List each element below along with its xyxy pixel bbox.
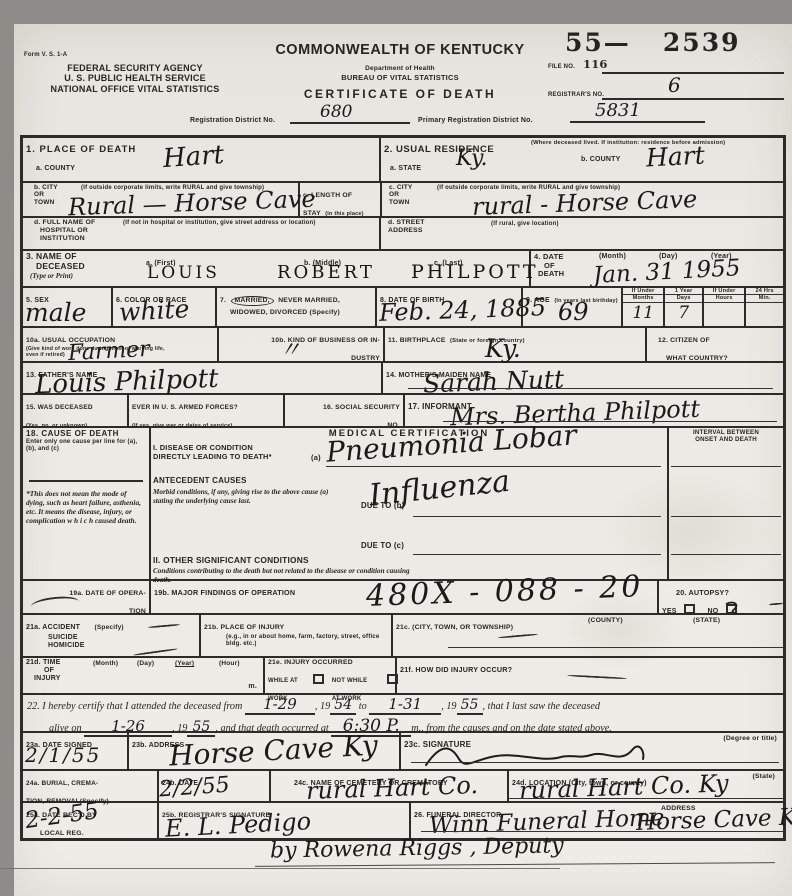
field-registrar-signature: 25b. REGISTRAR'S SIGNATURE E. L. Pedigo bbox=[159, 803, 411, 838]
cert-text: to bbox=[359, 701, 367, 712]
date-of-death-value: Jan. 31 1955 bbox=[592, 257, 740, 288]
physician-signature-scrawl bbox=[421, 741, 651, 771]
primary-district-line bbox=[570, 105, 705, 123]
injury-location-line bbox=[448, 647, 783, 648]
cause-title: 18. CAUSE OF DEATH bbox=[26, 429, 146, 438]
registrar-signature-value: E. L. Pedigo bbox=[164, 809, 311, 841]
title-block: COMMONWEALTH OF KENTUCKY Department of H… bbox=[255, 42, 545, 102]
field-cause-of-death-sidebar: 18. CAUSE OF DEATH Enter only one cause … bbox=[23, 428, 151, 579]
field-citizen-of: 12. CITIZEN OF WHAT COUNTRY? bbox=[647, 328, 783, 361]
reg-district-label: Registration District No. bbox=[190, 117, 275, 125]
marital-label: NEVER MARRIED, bbox=[278, 297, 340, 304]
cert-from-value: 1-29 bbox=[263, 695, 297, 713]
injury-city-label: 21c. (CITY, TOWN, OR TOWNSHIP) bbox=[396, 624, 513, 631]
date-of-death-label: 4. DATE OF DEATH bbox=[534, 253, 564, 279]
field-autopsy: 20. AUTOPSY? YES NO bbox=[659, 581, 783, 613]
handwritten-dash bbox=[769, 602, 783, 605]
field-street-address: d. STREET ADDRESS (If rural, give locati… bbox=[381, 218, 783, 249]
occupation-value: Farmer bbox=[67, 339, 150, 365]
age-col-subheader: Min. bbox=[746, 295, 783, 302]
file-no-label: FILE NO. bbox=[548, 64, 575, 71]
cert-text: , 19 bbox=[315, 701, 330, 712]
injury-county-label: (COUNTY) bbox=[588, 617, 623, 625]
name-title: DECEASED bbox=[36, 262, 140, 272]
date-signed-value: 2/1/55 bbox=[25, 745, 101, 765]
interval-line-a bbox=[671, 466, 781, 467]
middle-name-value: ROBERT bbox=[277, 264, 375, 282]
cert-to-value: 1-31 bbox=[388, 695, 422, 713]
while-at-work-label: WHILE AT bbox=[268, 678, 298, 684]
due-c-line bbox=[413, 554, 661, 555]
autopsy-yes-checkbox bbox=[684, 604, 695, 614]
length-of-stay-note: (in this place) bbox=[325, 211, 363, 217]
field-age: 9. AGE (In years last birthday) 69 bbox=[523, 288, 623, 326]
autopsy-label: 20. AUTOPSY? bbox=[676, 588, 729, 597]
residence-state-value: Ky. bbox=[456, 148, 488, 170]
registrar-no-line bbox=[602, 82, 784, 100]
cert-text: , 19 bbox=[441, 701, 456, 712]
burial-state-label: (State) bbox=[752, 773, 775, 781]
birthplace-value: Ky. bbox=[485, 336, 521, 361]
field-date-of-birth: 8. DATE OF BIRTH Feb. 24, 1885 bbox=[377, 288, 523, 326]
residence-county-value: Hart bbox=[645, 142, 705, 170]
autopsy-yes-label: YES bbox=[662, 608, 677, 615]
residence-county-label: b. COUNTY bbox=[581, 156, 621, 164]
injury-day-label: (Day) bbox=[137, 660, 154, 667]
suicide-label: SUICIDE bbox=[48, 634, 196, 642]
field-burial-date: 24b. DATE 2/2/55 bbox=[159, 771, 271, 801]
injury-month-label: (Month) bbox=[93, 660, 118, 667]
age-months-col: If Under Months 11 bbox=[623, 288, 665, 326]
age-col-header: If Under bbox=[704, 288, 744, 295]
street-note: (If rural, give location) bbox=[491, 221, 559, 228]
marital-married-circled: MARRIED, bbox=[231, 296, 274, 306]
operation-label2: TION bbox=[129, 608, 146, 615]
cause-note2: *This does not mean the mode of dying, s… bbox=[26, 490, 146, 526]
dod-label: DEATH bbox=[538, 270, 564, 279]
disease-label-2: DIRECTLY LEADING TO DEATH* bbox=[153, 453, 272, 462]
armed-forces-label: EVER IN U. S. ARMED FORCES? bbox=[132, 404, 238, 411]
hospital-note: (If not in hospital or institution, give… bbox=[123, 220, 353, 227]
mother-value-line bbox=[408, 388, 773, 389]
degree-title-label: (Degree or title) bbox=[723, 735, 777, 743]
field-injury-location: 21c. (CITY, TOWN, OR TOWNSHIP) (COUNTY) … bbox=[393, 615, 783, 656]
field-mother-maiden-name: 14. MOTHER'S MAIDEN NAME Sarah Nutt bbox=[383, 363, 783, 393]
not-while-label: NOT WHILE bbox=[332, 678, 367, 684]
father-value: Louis Philpott bbox=[35, 366, 219, 398]
field-place-of-death-county: 1. PLACE OF DEATH a. COUNTY Hart bbox=[23, 138, 381, 181]
injury-occurred-label: 21e. INJURY OCCURRED bbox=[268, 659, 392, 667]
field-accident-suicide-homicide: 21a. ACCIDENT (Specify) SUICIDE HOMICIDE bbox=[23, 615, 201, 656]
operation-label: 19a. DATE OF OPERA- bbox=[69, 590, 146, 597]
interval-line-b bbox=[671, 516, 781, 517]
age-value: 69 bbox=[558, 300, 589, 324]
age-col-header: 1 Year bbox=[665, 288, 702, 295]
primary-district-label: Primary Registration District No. bbox=[418, 117, 533, 125]
field-medical-certification: MEDICAL CERTIFICATION I. DISEASE OR COND… bbox=[151, 428, 669, 579]
certificate-form: 1. PLACE OF DEATH a. COUNTY Hart 2. USUA… bbox=[20, 135, 786, 841]
accident-label: 21a. ACCIDENT bbox=[26, 624, 80, 631]
age-days-value: 7 bbox=[665, 305, 702, 322]
funeral-line bbox=[421, 831, 783, 832]
field-informant: 17. INFORMANT Mrs. Bertha Philpott bbox=[405, 395, 783, 426]
cert-from-year: 54 bbox=[334, 697, 352, 713]
cert-text: 22. I hereby certify that I attended the… bbox=[27, 701, 242, 712]
field-city-or-town-death: b. CITY OR TOWN (If outside corporate li… bbox=[23, 183, 300, 216]
date-received-value: 2-2-55 bbox=[24, 800, 101, 833]
age-col-subheader: Hours bbox=[704, 295, 744, 302]
business-value: 〃 bbox=[279, 340, 301, 362]
race-value: white bbox=[118, 296, 190, 325]
agency-line: FEDERAL SECURITY AGENCY bbox=[20, 63, 250, 73]
disease-condition-label: I. DISEASE OR CONDITION DIRECTLY LEADING… bbox=[153, 444, 272, 461]
field-date-received: 25a. DATE REC'D BY LOCAL REG. 2-2-55 bbox=[23, 803, 159, 838]
age-months-value: 11 bbox=[623, 305, 663, 322]
handwritten-dash bbox=[148, 624, 180, 629]
due-to-c-label: DUE TO (c) bbox=[361, 542, 404, 551]
field-usual-residence: 2. USUAL RESIDENCE (Where deceased lived… bbox=[381, 138, 783, 181]
cert-text: , that I last saw the deceased bbox=[483, 701, 600, 712]
injury-hour-label: (Hour) bbox=[219, 660, 240, 667]
physician-address-value: Horse Cave Ky bbox=[168, 732, 378, 771]
street-label: d. STREET bbox=[388, 219, 780, 227]
findings-label: 19b. MAJOR FINDINGS OF OPERATION bbox=[154, 588, 295, 597]
other-conditions-title: II. OTHER SIGNIFICANT CONDITIONS bbox=[153, 556, 309, 566]
handwritten-curve-mark bbox=[30, 595, 79, 614]
age-label: 9. AGE bbox=[526, 297, 550, 304]
agency-block: FEDERAL SECURITY AGENCY U. S. PUBLIC HEA… bbox=[20, 63, 250, 94]
field-last-name: c. (Last) PHILPOTT bbox=[411, 251, 531, 286]
commonwealth-title: COMMONWEALTH OF KENTUCKY bbox=[255, 42, 545, 59]
cause-note1: Enter only one cause per line for (a), (… bbox=[26, 439, 146, 453]
reg-district-line bbox=[290, 106, 410, 124]
burial-location-line bbox=[509, 798, 783, 799]
field-social-security: 16. SOCIAL SECURITY NO. bbox=[285, 395, 405, 426]
field-city-or-town-residence: c. CITY OR TOWN (If outside corporate li… bbox=[382, 183, 783, 216]
interval-label-1: INTERVAL BETWEEN bbox=[672, 429, 780, 436]
interval-line-c bbox=[671, 554, 781, 555]
field-physician-address: 23b. ADDRESS Horse Cave Ky bbox=[129, 733, 401, 769]
business-label2: DUSTRY bbox=[351, 355, 380, 362]
deputy-signature-line: by Rowena Riggs , Deputy bbox=[270, 835, 564, 862]
field-physician-signature: 23c. SIGNATURE (Degree or title) bbox=[401, 733, 783, 769]
field-birthplace: 11. BIRTHPLACE (State or foreign country… bbox=[385, 328, 647, 361]
cause-divider bbox=[29, 480, 143, 482]
field-burial-cremation: 24a. BURIAL, CREMA- TION, REMOVAL(Specif… bbox=[23, 771, 159, 801]
time-injury-label3: INJURY bbox=[34, 675, 260, 683]
name-title-note: (Type or Print) bbox=[30, 272, 140, 280]
field-middle-name: b. (Middle) ROBERT bbox=[271, 251, 411, 286]
hospital-label: HOSPITAL OR bbox=[40, 227, 376, 235]
dept-of-health: Department of Health bbox=[255, 65, 545, 72]
field-armed-forces: EVER IN U. S. ARMED FORCES? (If yes, giv… bbox=[129, 395, 285, 426]
injury-m-label: m. bbox=[248, 683, 257, 691]
age-col-header: If Under bbox=[623, 288, 663, 295]
field-certification-statement: 22. I hereby certify that I attended the… bbox=[23, 695, 783, 733]
birthplace-label: 11. BIRTHPLACE bbox=[388, 337, 446, 344]
sex-value: male bbox=[25, 300, 86, 325]
autopsy-no-checkbox bbox=[726, 604, 737, 614]
burial-date-value: 2/2/55 bbox=[158, 775, 230, 802]
autopsy-no-label: NO bbox=[708, 608, 719, 615]
injury-year-label: (Year) bbox=[175, 660, 194, 667]
marital-label2: WIDOWED, DIVORCED (Specify) bbox=[230, 309, 372, 317]
residence-state-label: a. STATE bbox=[390, 165, 421, 172]
field-injury-occurred: 21e. INJURY OCCURRED WHILE AT WORK NOT W… bbox=[265, 658, 397, 693]
city-value-death: Rural — Horse Cave bbox=[68, 187, 316, 220]
how-injury-label: 21f. HOW DID INJURY OCCUR? bbox=[400, 665, 512, 674]
citizen-label2: WHAT COUNTRY? bbox=[666, 355, 728, 362]
antecedent-note: Morbid conditions, if any, giving rise t… bbox=[153, 488, 343, 505]
form-number: Form V. S. 1-A bbox=[24, 52, 67, 59]
field-cemetery-name: 24c. NAME OF CEMETERY OR CREMATORY rural… bbox=[271, 771, 509, 801]
age-col-subheader: Months bbox=[623, 295, 663, 302]
accident-note: (Specify) bbox=[95, 624, 124, 631]
marital-label: 7. bbox=[220, 297, 226, 304]
field-first-name: a. (First) LOUIS bbox=[143, 251, 271, 286]
agency-line: U. S. PUBLIC HEALTH SERVICE bbox=[20, 73, 250, 83]
age-col-subheader: Days bbox=[665, 295, 702, 302]
place-injury-label: 21b. PLACE OF INJURY bbox=[204, 624, 284, 631]
field-date-signed: 23a. DATE SIGNED 2/1/55 bbox=[23, 733, 129, 769]
place-of-death-title: 1. PLACE OF DEATH bbox=[26, 144, 136, 155]
county-label: a. COUNTY bbox=[36, 165, 75, 172]
age-col-header: 24 Hrs bbox=[746, 288, 783, 295]
findings-value: 480X - 088 - 20 bbox=[366, 572, 644, 612]
interval-label-2: ONSET AND DEATH bbox=[672, 436, 780, 443]
field-how-injury-occurred: 21f. HOW DID INJURY OCCUR? bbox=[397, 658, 783, 693]
field-marital-status: 7. MARRIED, NEVER MARRIED, WIDOWED, DIVO… bbox=[217, 288, 377, 326]
street-label: ADDRESS bbox=[388, 227, 780, 235]
due-b-line bbox=[413, 516, 661, 517]
was-deceased-label: 15. WAS DECEASED bbox=[26, 404, 93, 411]
field-sex: 5. SEX male bbox=[23, 288, 113, 326]
file-no-line bbox=[602, 55, 784, 74]
citizen-label: 12. CITIZEN OF bbox=[658, 337, 710, 344]
last-name-value: PHILPOTT bbox=[411, 263, 539, 282]
field-was-deceased: 15. WAS DECEASED (Yes, no, or unknown) bbox=[23, 395, 129, 426]
signature-line bbox=[411, 762, 779, 763]
due-b-value: Influenza bbox=[368, 467, 512, 512]
cause-a-label: (a) bbox=[311, 454, 321, 463]
cert-to-year: 55 bbox=[461, 697, 479, 713]
field-funeral-director: 26. FUNERAL DIRECTOR ADDRESS Winn Funera… bbox=[411, 803, 783, 838]
cemetery-value: rural Hart Co. bbox=[306, 773, 479, 803]
city-value-residence: rural - Horse Cave bbox=[472, 187, 698, 219]
field-time-of-injury: 21d. TIME OF INJURY (Month) (Day) (Year)… bbox=[23, 658, 265, 693]
field-occupation: 10a. USUAL OCCUPATION (Give kind of work… bbox=[23, 328, 219, 361]
field-age-subunits: If Under Months 11 1 Year Days 7 If Unde… bbox=[623, 288, 783, 326]
field-date-of-operation: 19a. DATE OF OPERA- TION bbox=[23, 581, 151, 613]
handwritten-dash bbox=[567, 674, 627, 679]
field-business-industry: 10b. KIND OF BUSINESS OR IN- DUSTRY 〃 bbox=[219, 328, 385, 361]
stamped-certificate-number: 55— 2539 bbox=[565, 28, 740, 57]
informant-line bbox=[443, 421, 777, 422]
mother-value: Sarah Nutt bbox=[423, 367, 565, 397]
age-min-col: 24 Hrs Min. bbox=[746, 288, 783, 326]
field-color-or-race: 6. COLOR OR RACE white bbox=[113, 288, 217, 326]
scan-artifact-line bbox=[0, 868, 560, 869]
certificate-title: CERTIFICATE OF DEATH bbox=[255, 88, 545, 102]
age-days-col: 1 Year Days 7 bbox=[665, 288, 704, 326]
field-hospital-name: d. FULL NAME OF HOSPITAL OR INSTITUTION … bbox=[23, 218, 381, 249]
field-name-of-deceased-label: 3. NAME OF DECEASED (Type or Print) bbox=[23, 251, 143, 286]
dob-value: Feb. 24, 1885 bbox=[379, 295, 547, 325]
field-interval-onset-death: INTERVAL BETWEEN ONSET AND DEATH bbox=[669, 428, 783, 579]
field-major-findings: 19b. MAJOR FINDINGS OF OPERATION 480X - … bbox=[151, 581, 659, 613]
age-hours-col: If Under Hours bbox=[704, 288, 746, 326]
while-at-work-checkbox bbox=[313, 674, 324, 684]
agency-line: NATIONAL OFFICE VITAL STATISTICS bbox=[20, 84, 250, 94]
antecedent-title: ANTECEDENT CAUSES bbox=[153, 476, 247, 485]
burial-label: 24a. BURIAL, CREMA- bbox=[26, 780, 98, 787]
injury-state-label: (STATE) bbox=[693, 617, 720, 625]
handwritten-dash bbox=[498, 633, 538, 638]
field-date-of-death: 4. DATE OF DEATH (Month) (Day) (Year) Ja… bbox=[531, 251, 783, 286]
county-value: Hart bbox=[162, 142, 225, 172]
first-name-value: LOUIS bbox=[147, 265, 220, 282]
place-injury-note: (e.g., in or about home, farm, factory, … bbox=[226, 634, 386, 648]
field-father-name: 13. FATHER'S NAME Louis Philpott bbox=[23, 363, 383, 393]
dod-month-label: (Month) bbox=[599, 253, 626, 261]
time-injury-label2: OF bbox=[44, 667, 260, 675]
ssn-label: 16. SOCIAL SECURITY bbox=[323, 404, 400, 411]
bureau-vital-statistics: BUREAU OF VITAL STATISTICS bbox=[255, 74, 545, 83]
hospital-label: INSTITUTION bbox=[40, 235, 376, 243]
registrar-no-label: REGISTRAR'S NO. bbox=[548, 92, 604, 99]
field-burial-location: 24d. LOCATION (City, town, or county) (S… bbox=[509, 771, 783, 801]
field-place-of-injury: 21b. PLACE OF INJURY (e.g., in or about … bbox=[201, 615, 393, 656]
